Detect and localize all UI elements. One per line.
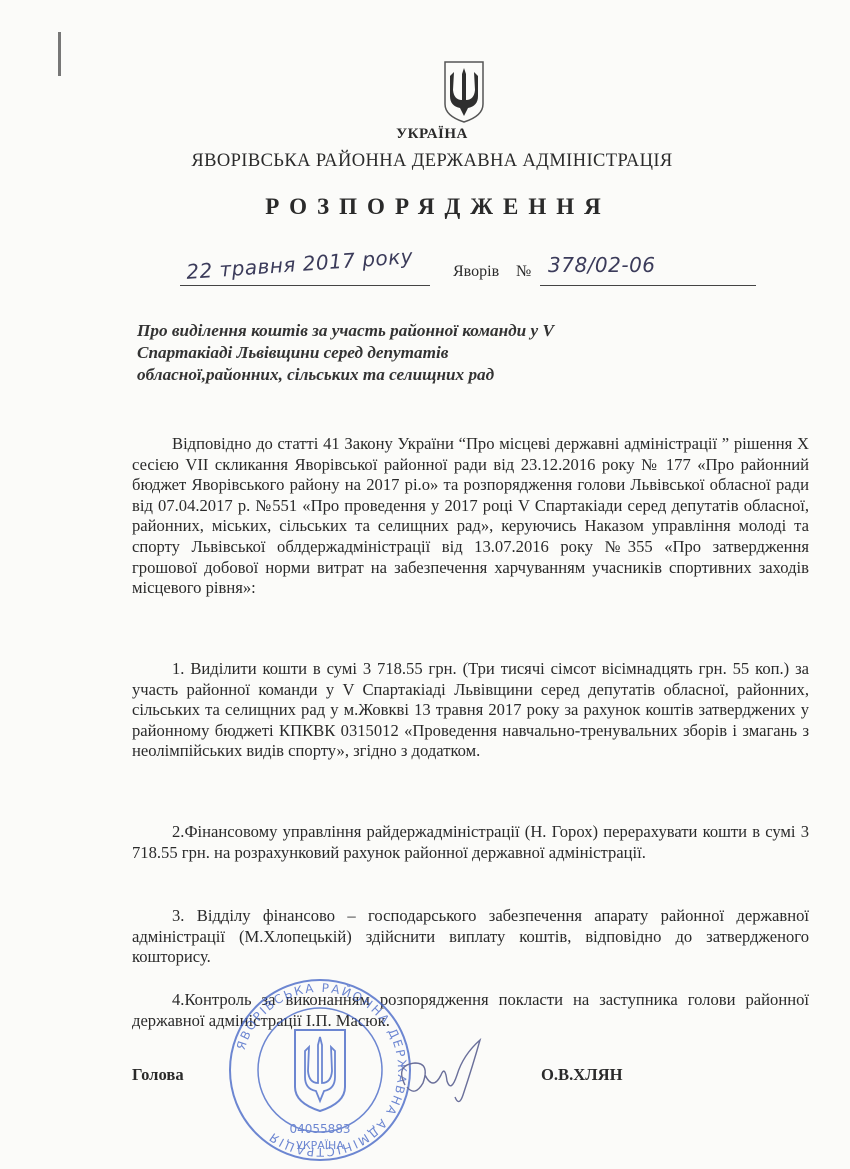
order-item-2: 2.Фінансовому управління райдержадмініст… [132, 822, 809, 863]
margin-mark [58, 32, 61, 76]
document-subject: Про виділення коштів за участь районної … [137, 320, 557, 386]
order-item-1: 1. Виділити кошти в сумі 3 718.55 грн. (… [132, 659, 809, 762]
svg-text:04055883: 04055883 [289, 1122, 350, 1136]
organization-name: ЯВОРІВСЬКА РАЙОННА ДЕРЖАВНА АДМІНІСТРАЦІ… [0, 151, 850, 172]
document-type: РОЗПОРЯДЖЕННЯ [0, 194, 850, 220]
preamble-paragraph: Відповідно до статті 41 Закону України “… [132, 434, 809, 599]
signatory-name: О.В.ХЛЯН [541, 1065, 623, 1085]
document-place: Яворів [453, 263, 499, 281]
svg-text:УКРАЇНА: УКРАЇНА [296, 1139, 344, 1152]
country-name: УКРАЇНА [0, 126, 850, 143]
trident-icon [442, 60, 486, 124]
number-sign: № [516, 263, 531, 281]
document-number: 378/02-06 [548, 253, 656, 277]
handwritten-signature [385, 1035, 505, 1115]
order-item-3: 3. Відділу фінансово – господарського за… [132, 906, 809, 968]
signatory-title: Голова [132, 1065, 184, 1085]
